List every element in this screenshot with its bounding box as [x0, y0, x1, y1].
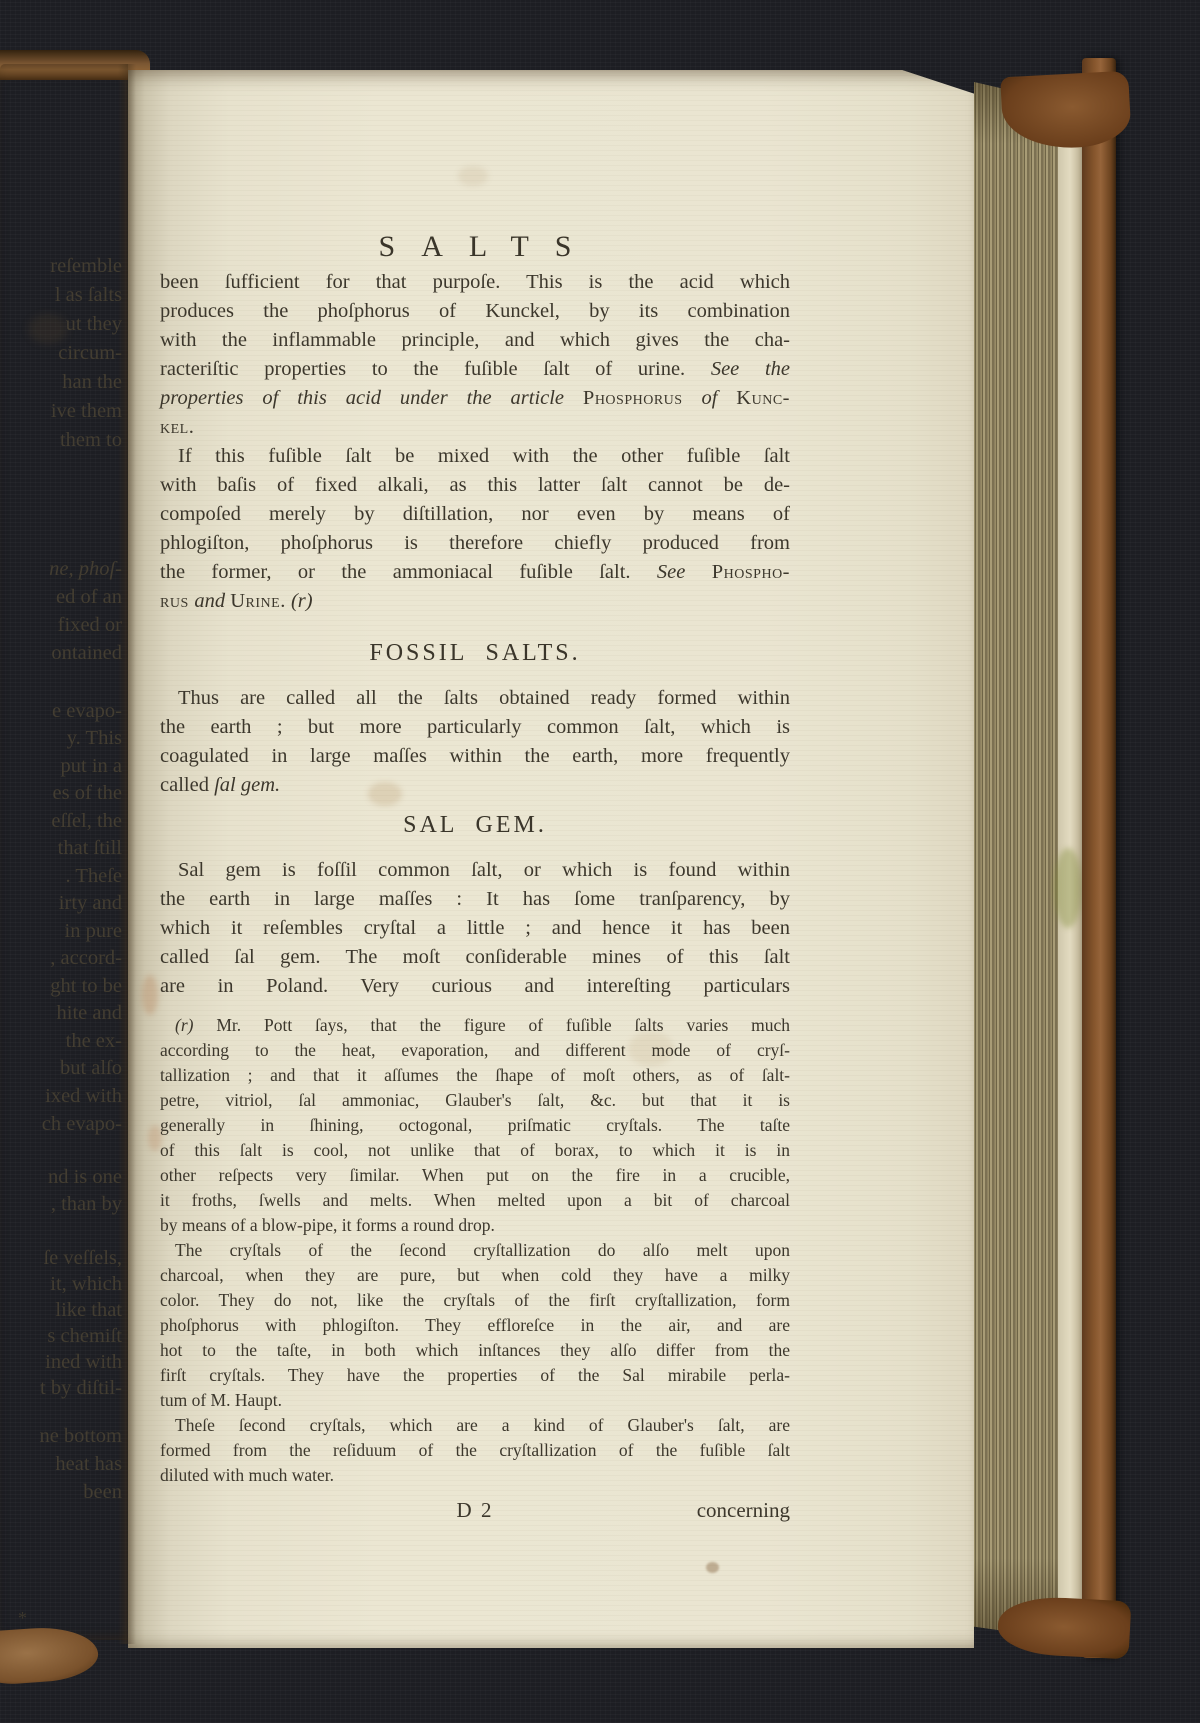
section-heading: SAL GEM. — [160, 812, 790, 838]
text-segment: Sal gem is foſſil common ſalt, or which … — [178, 859, 790, 881]
text-line: other reſpects very ſimilar. When put on… — [160, 1163, 790, 1188]
paragraph: Theſe ſecond cryſtals, which are a kind … — [160, 1413, 790, 1488]
text-segment: racteriſtic properties to the fuſible ſa… — [160, 358, 711, 380]
text-line: color. They do not, like the cryſtals of… — [160, 1288, 790, 1313]
left-page-text-fragment: ut they — [66, 312, 122, 336]
left-page-text-fragment: ne, phoſ- — [49, 557, 122, 581]
catchword: concerning — [697, 1496, 790, 1525]
text-segment: hot to the taſte, in both which inſtance… — [160, 1340, 790, 1360]
text-segment: See — [657, 561, 712, 583]
text-segment: according to the heat, evaporation, and … — [160, 1040, 790, 1060]
left-page-text-fragment: , than by — [51, 1192, 122, 1216]
text-line: phoſphorus with phlogiſton. They efflore… — [160, 1313, 790, 1338]
text-line: properties of this acid under the articl… — [160, 384, 790, 413]
left-page-text-fragment: been — [83, 1480, 122, 1504]
text-segment: firſt cryſtals. They have the properties… — [160, 1365, 790, 1385]
left-page-text-fragment: like that — [55, 1298, 122, 1322]
text-segment: properties of this acid under the articl… — [160, 387, 583, 409]
text-segment: formed from the reſiduum of the cryſtall… — [160, 1440, 790, 1460]
text-line: racteriſtic properties to the fuſible ſa… — [160, 355, 790, 384]
text-segment: generally in ſhining, octogonal, priſmat… — [160, 1115, 790, 1135]
text-segment: petre, vitriol, ſal ammoniac, Glauber's … — [160, 1090, 790, 1110]
text-line: are in Poland. Very curious and intereſt… — [160, 972, 790, 1001]
text-line: kel. — [160, 413, 790, 442]
text-segment: Thus are called all the ſalts obtained r… — [178, 687, 790, 709]
left-page-text-fragment: ixed with — [45, 1084, 122, 1108]
text-line: the earth ; but more particularly common… — [160, 713, 790, 742]
text-segment: been ſufficient for that purpoſe. This i… — [160, 271, 790, 293]
text-segment: charcoal, when they are pure, but when c… — [160, 1265, 790, 1285]
left-page-text-fragment: the ex- — [66, 1029, 122, 1053]
left-page-text-fragment: but alſo — [60, 1056, 122, 1080]
left-page-text-fragment: heat has — [55, 1452, 122, 1476]
text-line: called ſal gem. — [160, 771, 790, 800]
text-segment: Phosphorus — [583, 387, 683, 409]
left-page-text-fragment: nd is one — [48, 1165, 122, 1189]
text-line: charcoal, when they are pure, but when c… — [160, 1263, 790, 1288]
paragraph: (r) Mr. Pott ſays, that the figure of fu… — [160, 1013, 790, 1238]
left-page-text-fragment: irty and — [59, 891, 122, 915]
text-segment: tallization ; and that it aſſumes the ſh… — [160, 1065, 790, 1085]
text-segment: Urine. — [230, 590, 286, 612]
text-line: it froths, ſwells and melts. When melted… — [160, 1188, 790, 1213]
text-segment: by means of a blow-pipe, it forms a roun… — [160, 1215, 495, 1235]
text-line: rus and Urine. (r) — [160, 587, 790, 616]
text-segment: called ſal gem. The moſt conſiderable mi… — [160, 946, 790, 968]
left-page-text-fragment: han the — [62, 370, 122, 394]
text-segment: other reſpects very ſimilar. When put on… — [160, 1165, 790, 1185]
left-page-text-fragment: ed of an — [56, 585, 122, 609]
text-segment: compoſed merely by diſtillation, nor eve… — [160, 503, 790, 525]
left-page-text-fragment: fixed or — [58, 613, 122, 637]
left-page-text-fragment: ive them — [51, 399, 122, 423]
text-line: Sal gem is foſſil common ſalt, or which … — [160, 856, 790, 885]
stain — [1054, 848, 1082, 928]
text-line: The cryſtals of the ſecond cryſtallizati… — [160, 1238, 790, 1263]
text-line: been ſufficient for that purpoſe. This i… — [160, 268, 790, 297]
text-line: compoſed merely by diſtillation, nor eve… — [160, 500, 790, 529]
text-segment: Theſe ſecond cryſtals, which are a kind … — [175, 1415, 790, 1435]
paragraph: Sal gem is foſſil common ſalt, or which … — [160, 856, 790, 1001]
text-segment: phoſphorus with phlogiſton. They efflore… — [160, 1315, 790, 1335]
photo-background: reſemblel as ſaltsut theycircum-han thei… — [0, 0, 1200, 1723]
left-page-text-fragment: ined with — [45, 1350, 122, 1374]
left-page-text-fragment: . Theſe — [65, 864, 122, 888]
gathering-signature: D 2 — [160, 1496, 790, 1525]
text-segment: the earth ; but more particularly common… — [160, 716, 790, 738]
section-heading: FOSSIL SALTS. — [160, 640, 790, 666]
text-line: of this ſalt is cool, not unlike that of… — [160, 1138, 790, 1163]
text-line: If this fuſible ſalt be mixed with the o… — [160, 442, 790, 471]
stain — [706, 1562, 719, 1573]
text-line: the former, or the ammoniacal fuſible ſa… — [160, 558, 790, 587]
stain — [142, 975, 158, 1015]
text-line: which it reſembles cryſtal a little ; an… — [160, 914, 790, 943]
left-page-text-fragment: in pure — [65, 919, 123, 943]
text-segment: (r) — [291, 590, 313, 612]
text-line: according to the heat, evaporation, and … — [160, 1038, 790, 1063]
text-segment: are in Poland. Very curious and intereſt… — [160, 975, 790, 997]
left-page-text-fragment: reſemble — [50, 254, 122, 278]
running-title-text: SALTS — [379, 230, 598, 263]
left-page-text-fragment: , accord- — [50, 946, 122, 970]
text-line: petre, vitriol, ſal ammoniac, Glauber's … — [160, 1088, 790, 1113]
left-page-text-fragment: circum- — [58, 341, 122, 365]
leather-cover-edge — [1082, 58, 1116, 1658]
left-page-text-fragment: es of the — [53, 781, 122, 805]
text-line: tum of M. Haupt. — [160, 1388, 790, 1413]
text-column: SALTS been ſufficient for that purpoſe. … — [160, 232, 790, 1522]
text-segment: See the — [711, 358, 790, 380]
text-segment: phlogiſton, phoſphorus is therefore chie… — [160, 532, 790, 554]
text-line: by means of a blow-pipe, it forms a roun… — [160, 1213, 790, 1238]
text-line: tallization ; and that it aſſumes the ſh… — [160, 1063, 790, 1088]
text-segment: and — [194, 590, 230, 612]
text-segment: called — [160, 774, 214, 796]
text-line: produces the phoſphorus of Kunckel, by i… — [160, 297, 790, 326]
left-page-text-fragment: put in a — [61, 754, 123, 778]
paragraph: If this fuſible ſalt be mixed with the o… — [160, 442, 790, 616]
text-segment: color. They do not, like the cryſtals of… — [160, 1290, 790, 1310]
text-segment: The cryſtals of the ſecond cryſtallizati… — [175, 1240, 790, 1260]
text-segment: Phospho- — [712, 561, 790, 583]
text-line: (r) Mr. Pott ſays, that the figure of fu… — [160, 1013, 790, 1038]
left-page-text-fragment: l as ſalts — [55, 283, 122, 307]
text-line: diluted with much water. — [160, 1463, 790, 1488]
left-page-text-fragment: ſe veſſels, — [43, 1246, 122, 1270]
text-segment: (r) — [175, 1015, 193, 1035]
text-line: Thus are called all the ſalts obtained r… — [160, 684, 790, 713]
text-segment: which it reſembles cryſtal a little ; an… — [160, 917, 790, 939]
text-segment: of — [683, 387, 737, 409]
text-segment: the former, or the ammoniacal fuſible ſa… — [160, 561, 657, 583]
cover-corner-bottom — [997, 1595, 1132, 1660]
text-segment: Kunc- — [736, 387, 790, 409]
text-segment: with baſis of fixed alkali, as this latt… — [160, 474, 790, 496]
left-page-text-fragment: y. This — [67, 726, 122, 750]
left-page-text-fragment: them to — [60, 428, 122, 452]
gutter-shadow — [118, 64, 136, 1644]
left-page-text-fragment: e evapo- — [52, 699, 122, 723]
text-line: generally in ſhining, octogonal, priſmat… — [160, 1113, 790, 1138]
paragraph: The cryſtals of the ſecond cryſtallizati… — [160, 1238, 790, 1413]
text-line: phlogiſton, phoſphorus is therefore chie… — [160, 529, 790, 558]
text-line: called ſal gem. The moſt conſiderable mi… — [160, 943, 790, 972]
left-page-text-fragment: ght to be — [50, 974, 122, 998]
text-segment: rus — [160, 590, 194, 612]
text-segment: produces the phoſphorus of Kunckel, by i… — [160, 300, 790, 322]
text-line: formed from the reſiduum of the cryſtall… — [160, 1438, 790, 1463]
text-line: firſt cryſtals. They have the properties… — [160, 1363, 790, 1388]
stain — [28, 314, 68, 344]
text-segment: tum of M. Haupt. — [160, 1390, 282, 1410]
text-line: Theſe ſecond cryſtals, which are a kind … — [160, 1413, 790, 1438]
text-line: hot to the taſte, in both which inſtance… — [160, 1338, 790, 1363]
page-footer: D 2 concerning — [160, 1496, 790, 1522]
left-page-text-fragment: ontained — [51, 641, 122, 665]
left-page-text-fragment: ne bottom — [39, 1424, 122, 1448]
left-page-text-fragment: hite and — [57, 1001, 122, 1025]
text-segment: coagulated in large maſſes within the ea… — [160, 745, 790, 767]
text-line: with baſis of fixed alkali, as this latt… — [160, 471, 790, 500]
right-page: SALTS been ſufficient for that purpoſe. … — [128, 70, 974, 1648]
text-segment: ſal gem. — [214, 774, 280, 796]
text-segment: the earth in large maſſes : It has ſome … — [160, 888, 790, 910]
text-segment: Mr. Pott ſays, that the figure of fuſibl… — [193, 1015, 790, 1035]
running-title: SALTS — [160, 232, 790, 262]
text-line: with the inflammable principle, and whic… — [160, 326, 790, 355]
left-page-text-fragment: t by diſtil- — [40, 1376, 122, 1400]
signature-mark: * — [18, 1608, 27, 1629]
text-segment: kel. — [160, 416, 194, 438]
left-page-text-fragment: that ſtill — [58, 836, 122, 860]
text-line: the earth in large maſſes : It has ſome … — [160, 885, 790, 914]
text-segment: If this fuſible ſalt be mixed with the o… — [178, 445, 790, 467]
text-line: coagulated in large maſſes within the ea… — [160, 742, 790, 771]
fore-edge-page-block — [974, 82, 1058, 1636]
paragraph: Thus are called all the ſalts obtained r… — [160, 684, 790, 800]
inner-hinge — [1058, 88, 1082, 1636]
left-page-text-fragment: s chemiſt — [47, 1324, 122, 1348]
left-page-text-fragment: ch evapo- — [42, 1112, 122, 1136]
text-segment: diluted with much water. — [160, 1465, 334, 1485]
text-segment: with the inflammable principle, and whic… — [160, 329, 790, 351]
left-page-text-fragment: eſſel, the — [51, 809, 122, 833]
text-segment: of this ſalt is cool, not unlike that of… — [160, 1140, 790, 1160]
stain — [458, 166, 488, 186]
left-page-text-fragment: it, which — [50, 1272, 122, 1296]
left-page: reſemblel as ſaltsut theycircum-han thei… — [0, 64, 128, 1640]
body-text: been ſufficient for that purpoſe. This i… — [160, 268, 790, 1488]
text-segment: it froths, ſwells and melts. When melted… — [160, 1190, 790, 1210]
paragraph: been ſufficient for that purpoſe. This i… — [160, 268, 790, 442]
